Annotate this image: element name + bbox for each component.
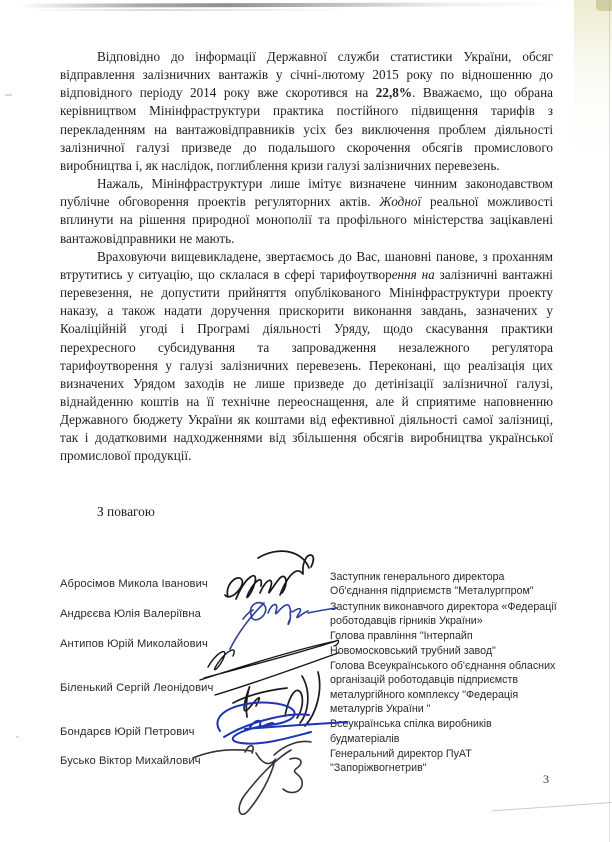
scan-speck xyxy=(5,94,12,96)
letter-paragraph: Відповідно до інформації Державної служб… xyxy=(60,48,553,175)
bold-run: 22,8% xyxy=(376,85,412,100)
signatory-title: Заступник виконавчого директора «Федерац… xyxy=(330,600,577,629)
italic-run: ення на xyxy=(392,267,435,282)
signatory-title-line: металургів України " xyxy=(330,702,577,716)
scan-corner-tint xyxy=(574,0,612,165)
scan-bottom-edge-line xyxy=(492,802,612,812)
scan-corner-blob xyxy=(596,0,612,11)
signatory-title-line: Всеукраїнська спілка виробників xyxy=(330,717,577,731)
signatory-title-line: Заступник виконавчого директора «Федерац… xyxy=(330,600,577,614)
page-number: 3 xyxy=(543,772,549,787)
closing-salutation: З повагою xyxy=(97,504,155,520)
signatory-title-line: організацій роботодавців підприємств xyxy=(330,673,577,687)
signatory-title-line: будматеріалів xyxy=(330,732,577,746)
signature-busko-icon xyxy=(193,742,311,815)
signatory-title-line: Новомосковський трубний завод" xyxy=(330,644,577,658)
signatory-title: Всеукраїнська спілка виробниківбудматері… xyxy=(330,717,577,746)
letter-body: Відповідно до інформації Державної служб… xyxy=(60,48,553,466)
signatory-title-line: Заступник генерального директора xyxy=(330,570,577,584)
signatory-title: Голова правління "ІнтерпайпНовомосковськ… xyxy=(330,629,577,658)
scan-speck xyxy=(16,736,19,738)
signatory-title-line: "Запоріжвогнетрив" xyxy=(330,761,577,775)
signatory-title: Генеральний директор ПуАТ"Запоріжвогнетр… xyxy=(330,747,577,776)
signatory-title: Голова Всеукраїнського об'єднання обласн… xyxy=(330,659,577,716)
signature-antypov-icon xyxy=(200,640,338,695)
signatory-title-line: металургійного комплексу "Федерація xyxy=(330,688,577,702)
italic-run: Жодної xyxy=(379,194,421,209)
scanned-letter-page: Відповідно до інформації Державної служб… xyxy=(0,0,612,842)
signatory-title-line: роботодавців гірників України» xyxy=(330,614,577,628)
scan-edge-line xyxy=(609,0,610,842)
text-run: залізничні вантажні перевезення, не допу… xyxy=(60,267,553,464)
letter-paragraph: Нажаль, Мінінфраструктури лише імітує ви… xyxy=(60,175,553,248)
signature-bondarev-icon xyxy=(217,703,347,744)
signatory-title-line: Об'єднання підприємств "Металургпром" xyxy=(330,584,577,598)
signatures-overlay xyxy=(190,545,355,815)
signatory-title: Заступник генерального директораОб'єднан… xyxy=(330,570,577,599)
scan-streak-artifact xyxy=(18,2,563,7)
signatory-title-line: Генеральний директор ПуАТ xyxy=(330,747,577,761)
letter-paragraph: Враховуючи вищевикладене, звертаємось до… xyxy=(60,248,553,466)
signatory-title-line: Голова правління "Інтерпайп xyxy=(330,629,577,643)
signature-andreeva-icon xyxy=(230,603,337,649)
signatory-title-line: Голова Всеукраїнського об'єднання обласн… xyxy=(330,659,577,673)
scan-streak-artifact xyxy=(28,9,348,11)
signature-abrosimov-icon xyxy=(225,551,313,599)
